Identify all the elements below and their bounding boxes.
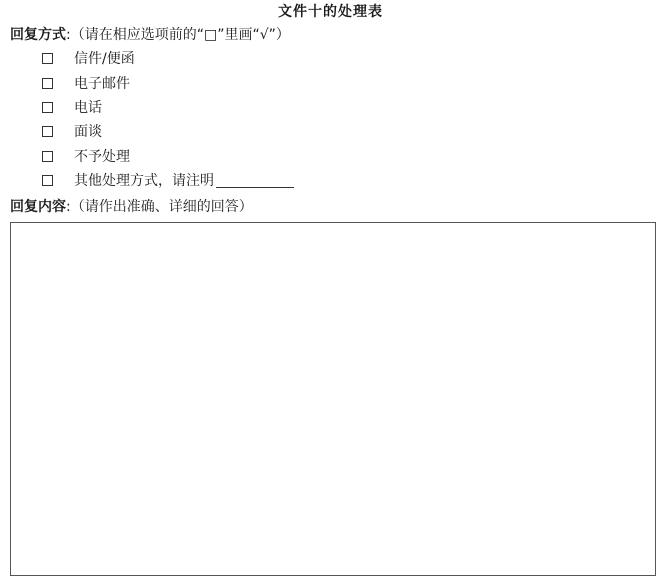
option-label: 其他处理方式，请注明 <box>74 170 214 190</box>
option-meeting[interactable]: 面谈 <box>42 121 102 141</box>
reply-method-label: 回复方式 <box>10 27 66 43</box>
checkbox-email[interactable] <box>42 78 53 89</box>
reply-method-heading: 回复方式:（请在相应选项前的“□”里画“√”） <box>10 24 290 44</box>
checkbox-meeting[interactable] <box>42 126 53 137</box>
option-no-action[interactable]: 不予处理 <box>42 146 130 166</box>
reply-content-textarea[interactable] <box>10 222 656 576</box>
option-letter[interactable]: 信件/便函 <box>42 48 135 68</box>
option-phone[interactable]: 电话 <box>42 97 102 117</box>
reply-content-heading: 回复内容:（请作出准确、详细的回答） <box>10 196 253 216</box>
reply-content-label: 回复内容 <box>10 199 66 215</box>
reply-method-instruction: :（请在相应选项前的“□”里画“√”） <box>66 27 290 43</box>
option-label: 电话 <box>74 97 102 117</box>
form-title: 文件十的处理表 <box>0 1 661 21</box>
option-label: 电子邮件 <box>74 73 130 93</box>
option-label: 不予处理 <box>74 146 130 166</box>
option-label: 信件/便函 <box>74 48 135 68</box>
option-email[interactable]: 电子邮件 <box>42 73 130 93</box>
checkbox-letter[interactable] <box>42 53 53 64</box>
option-other[interactable]: 其他处理方式，请注明 <box>42 170 294 190</box>
other-method-blank-field[interactable] <box>216 173 294 188</box>
reply-content-instruction: :（请作出准确、详细的回答） <box>66 199 253 215</box>
checkbox-other[interactable] <box>42 175 53 186</box>
checkbox-no-action[interactable] <box>42 151 53 162</box>
option-label: 面谈 <box>74 121 102 141</box>
checkbox-phone[interactable] <box>42 102 53 113</box>
